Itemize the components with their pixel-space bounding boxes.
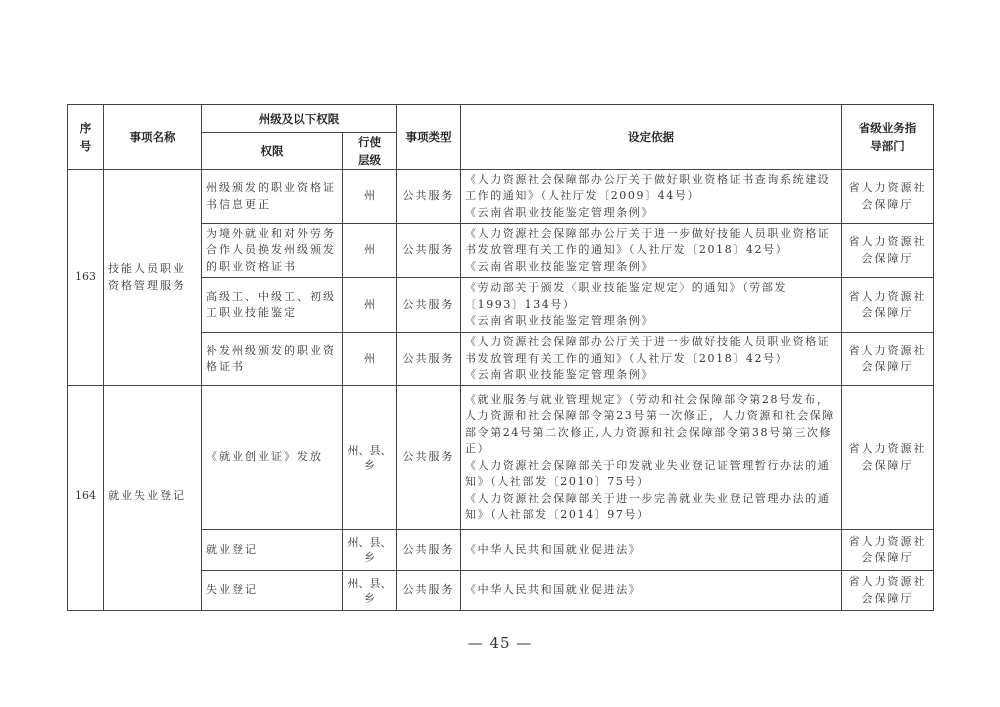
- basis-line: 《云南省职业技能鉴定管理条例》: [465, 367, 837, 384]
- table-row: 164 就业失业登记 《就业创业证》发放 州、县、乡 公共服务 《就业服务与就业…: [68, 386, 934, 530]
- basis-line: 《人力资源社会保障部关于印发就业失业登记证管理暂行办法的通知》（人社部发〔201…: [465, 458, 837, 491]
- authority-cell: 《就业创业证》发放: [202, 386, 343, 530]
- type-cell: 公共服务: [397, 224, 461, 278]
- level-cell: 州: [343, 224, 397, 278]
- dept-cell: 省人力资源社会保障厅: [842, 386, 934, 530]
- type-cell: 公共服务: [397, 278, 461, 333]
- dept-cell: 省人力资源社会保障厅: [842, 170, 934, 224]
- basis-line: 《人力资源社会保障部办公厅关于做好职业资格证书查询系统建设工作的通知》（人社厅发…: [465, 172, 837, 205]
- header-authority: 权限: [202, 133, 343, 170]
- authority-cell: 补发州级颁发的职业资格证书: [202, 333, 343, 386]
- type-cell: 公共服务: [397, 530, 461, 571]
- basis-line: 《云南省职业技能鉴定管理条例》: [465, 205, 837, 222]
- header-dept: 省级业务指导部门: [842, 105, 934, 170]
- basis-line: 《就业服务与就业管理规定》（劳动和社会保障部令第28号发布，人力资源和社会保障部…: [465, 392, 837, 458]
- authority-cell: 就业登记: [202, 530, 343, 571]
- dept-cell: 省人力资源社会保障厅: [842, 278, 934, 333]
- basis-cell: 《劳动部关于颁发〈职业技能鉴定规定〉的通知》（劳部发〔1993〕134号） 《云…: [461, 278, 842, 333]
- header-group: 州级及以下权限: [202, 105, 397, 133]
- header-type: 事项类型: [397, 105, 461, 170]
- basis-cell: 《人力资源社会保障部办公厅关于进一步做好技能人员职业资格证书发放管理有关工作的通…: [461, 333, 842, 386]
- seq-cell: 163: [68, 170, 104, 386]
- document-page: 序号 事项名称 州级及以下权限 事项类型 设定依据 省级业务指导部门 权限 行使…: [0, 0, 1000, 707]
- level-cell: 州、县、乡: [343, 530, 397, 571]
- basis-line: 《云南省职业技能鉴定管理条例》: [465, 313, 837, 330]
- level-cell: 州、县、乡: [343, 386, 397, 530]
- basis-cell: 《人力资源社会保障部办公厅关于进一步做好技能人员职业资格证书发放管理有关工作的通…: [461, 224, 842, 278]
- basis-line: 《中华人民共和国就业促进法》: [465, 582, 837, 599]
- authority-cell: 为境外就业和对外劳务合作人员换发州级颁发的职业资格证书: [202, 224, 343, 278]
- basis-cell: 《中华人民共和国就业促进法》: [461, 530, 842, 571]
- item-name-cell: 技能人员职业资格管理服务: [104, 170, 202, 386]
- type-cell: 公共服务: [397, 571, 461, 611]
- dept-cell: 省人力资源社会保障厅: [842, 333, 934, 386]
- level-cell: 州: [343, 170, 397, 224]
- authority-cell: 高级工、中级工、初级工职业技能鉴定: [202, 278, 343, 333]
- basis-cell: 《中华人民共和国就业促进法》: [461, 571, 842, 611]
- authority-cell: 州级颁发的职业资格证书信息更正: [202, 170, 343, 224]
- page-number: — 45 —: [0, 634, 1000, 652]
- type-cell: 公共服务: [397, 333, 461, 386]
- basis-line: 《人力资源社会保障部办公厅关于进一步做好技能人员职业资格证书发放管理有关工作的通…: [465, 226, 837, 259]
- basis-cell: 《人力资源社会保障部办公厅关于做好职业资格证书查询系统建设工作的通知》（人社厅发…: [461, 170, 842, 224]
- basis-line: 《劳动部关于颁发〈职业技能鉴定规定〉的通知》（劳部发〔1993〕134号）: [465, 280, 837, 313]
- basis-line: 《人力资源社会保障部关于进一步完善就业失业登记管理办法的通知》（人社部发〔201…: [465, 491, 837, 524]
- header-seq: 序号: [68, 105, 104, 170]
- basis-cell: 《就业服务与就业管理规定》（劳动和社会保障部令第28号发布，人力资源和社会保障部…: [461, 386, 842, 530]
- dept-cell: 省人力资源社会保障厅: [842, 571, 934, 611]
- basis-line: 《中华人民共和国就业促进法》: [465, 542, 837, 559]
- type-cell: 公共服务: [397, 170, 461, 224]
- item-name-cell: 就业失业登记: [104, 386, 202, 611]
- header-item-name: 事项名称: [104, 105, 202, 170]
- level-cell: 州、县、乡: [343, 571, 397, 611]
- level-cell: 州: [343, 333, 397, 386]
- dept-cell: 省人力资源社会保障厅: [842, 530, 934, 571]
- basis-line: 《人力资源社会保障部办公厅关于进一步做好技能人员职业资格证书发放管理有关工作的通…: [465, 334, 837, 367]
- table-row: 163 技能人员职业资格管理服务 州级颁发的职业资格证书信息更正 州 公共服务 …: [68, 170, 934, 224]
- type-cell: 公共服务: [397, 386, 461, 530]
- seq-cell: 164: [68, 386, 104, 611]
- authority-cell: 失业登记: [202, 571, 343, 611]
- authority-table: 序号 事项名称 州级及以下权限 事项类型 设定依据 省级业务指导部门 权限 行使…: [67, 104, 934, 611]
- basis-line: 《云南省职业技能鉴定管理条例》: [465, 259, 837, 276]
- header-level: 行使层级: [343, 133, 397, 170]
- header-basis: 设定依据: [461, 105, 842, 170]
- dept-cell: 省人力资源社会保障厅: [842, 224, 934, 278]
- level-cell: 州: [343, 278, 397, 333]
